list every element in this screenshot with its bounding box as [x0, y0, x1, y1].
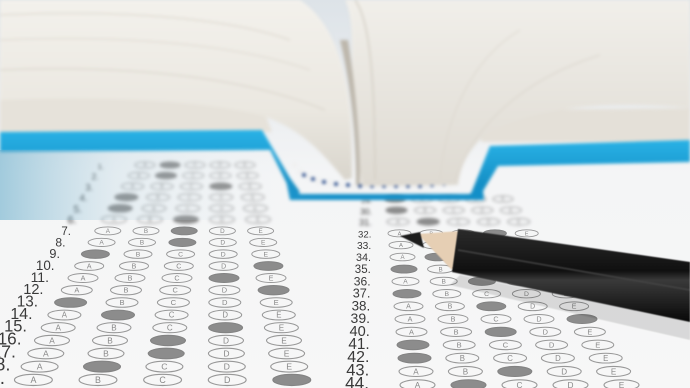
- photo-scene: Open textbook with blue cover lying on a…: [0, 0, 690, 388]
- pencil: [0, 0, 690, 388]
